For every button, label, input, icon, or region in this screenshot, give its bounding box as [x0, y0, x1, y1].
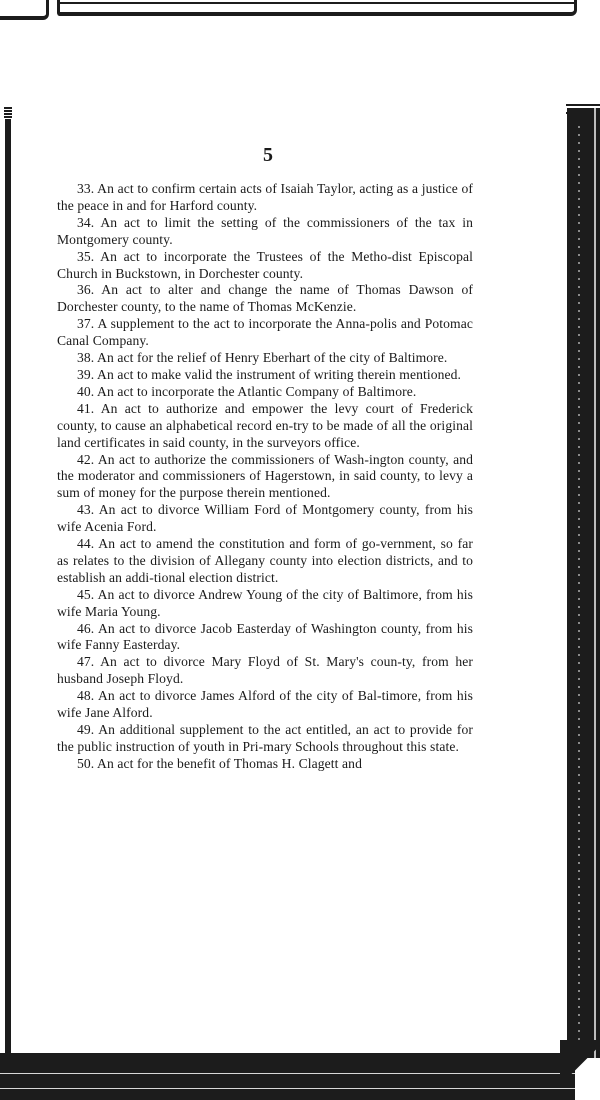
act-entry: 49. An additional supplement to the act … [57, 722, 473, 756]
page-number: 5 [57, 144, 473, 167]
act-number: 40. [77, 384, 94, 399]
act-entry: 35. An act to incorporate the Trustees o… [57, 249, 473, 283]
act-entry: 50. An act for the benefit of Thomas H. … [57, 756, 473, 773]
act-number: 50. [77, 756, 94, 771]
act-entry: 46. An act to divorce Jacob Easterday of… [57, 621, 473, 655]
act-entry: 38. An act for the relief of Henry Eberh… [57, 350, 473, 367]
act-entry: 42. An act to authorize the commissioner… [57, 452, 473, 503]
act-text: A supplement to the act to incorporate t… [57, 316, 473, 348]
document-page: 5 33. An act to confirm certain acts of … [57, 140, 473, 773]
act-number: 36. [77, 282, 94, 297]
act-text: An act to divorce James Alford of the ci… [57, 688, 473, 720]
act-entry: 37. A supplement to the act to incorpora… [57, 316, 473, 350]
act-entry: 48. An act to divorce James Alford of th… [57, 688, 473, 722]
act-text: An act to make valid the instrument of w… [97, 367, 461, 382]
act-text: An act to divorce William Ford of Montgo… [57, 502, 473, 534]
right-spine-texture [578, 120, 580, 1050]
act-number: 38. [77, 350, 94, 365]
act-entry: 34. An act to limit the setting of the c… [57, 215, 473, 249]
bottom-page-border [0, 1053, 575, 1100]
act-entry: 39. An act to make valid the instrument … [57, 367, 473, 384]
act-number: 34. [77, 215, 94, 230]
act-text: An act to limit the setting of the commi… [57, 215, 473, 247]
act-text: An act for the relief of Henry Eberhart … [97, 350, 447, 365]
act-number: 49. [77, 722, 94, 737]
act-entry: 43. An act to divorce William Ford of Mo… [57, 502, 473, 536]
act-number: 46. [77, 621, 94, 636]
act-number: 44. [77, 536, 94, 551]
act-text: An act to incorporate the Atlantic Compa… [97, 384, 416, 399]
act-entry: 33. An act to confirm certain acts of Is… [57, 181, 473, 215]
bottom-border-line [0, 1088, 575, 1089]
act-entry: 47. An act to divorce Mary Floyd of St. … [57, 654, 473, 688]
act-number: 35. [77, 249, 94, 264]
act-number: 42. [77, 452, 94, 467]
act-text: An act to alter and change the name of T… [57, 282, 473, 314]
act-text: An act to divorce Mary Floyd of St. Mary… [57, 654, 473, 686]
act-text: An act to incorporate the Trustees of th… [57, 249, 473, 281]
act-text: An act to divorce Jacob Easterday of Was… [57, 621, 473, 653]
act-text: An act to divorce Andrew Young of the ci… [57, 587, 473, 619]
act-text: An act to amend the constitution and for… [57, 536, 473, 585]
act-number: 39. [77, 367, 94, 382]
act-text: An additional supplement to the act enti… [57, 722, 473, 754]
bottom-border-line [0, 1073, 575, 1074]
act-list: 33. An act to confirm certain acts of Is… [57, 181, 473, 773]
act-entry: 36. An act to alter and change the name … [57, 282, 473, 316]
act-number: 45. [77, 587, 94, 602]
act-entry: 41. An act to authorize and empower the … [57, 401, 473, 452]
act-number: 37. [77, 316, 94, 331]
act-entry: 40. An act to incorporate the Atlantic C… [57, 384, 473, 401]
right-spine-edge [594, 108, 596, 1058]
bottom-right-corner [560, 1040, 600, 1100]
act-number: 33. [77, 181, 94, 196]
left-rule-cap [4, 107, 12, 119]
act-entry: 45. An act to divorce Andrew Young of th… [57, 587, 473, 621]
act-number: 41. [77, 401, 94, 416]
top-page-edge-left [0, 0, 49, 20]
left-binding-rule [5, 107, 11, 1053]
act-number: 47. [77, 654, 94, 669]
act-text: An act to confirm certain acts of Isaiah… [57, 181, 473, 213]
act-number: 48. [77, 688, 94, 703]
top-page-edge [57, 0, 577, 16]
act-number: 43. [77, 502, 94, 517]
act-text: An act to authorize the commissioners of… [57, 452, 473, 501]
act-text: An act for the benefit of Thomas H. Clag… [97, 756, 362, 771]
act-entry: 44. An act to amend the constitution and… [57, 536, 473, 587]
act-text: An act to authorize and empower the levy… [57, 401, 473, 450]
